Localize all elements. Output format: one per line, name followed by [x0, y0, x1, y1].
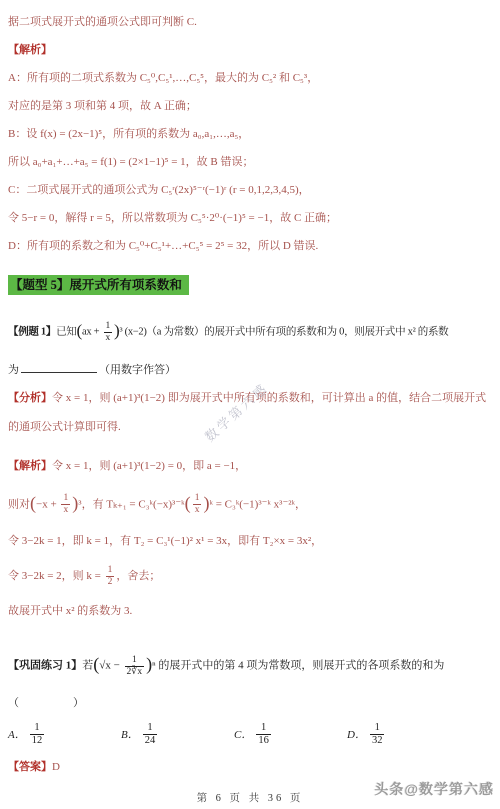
- option-c: C． 116: [234, 717, 347, 753]
- analysis-c-line-2: 令 5−r = 0，解得 r = 5，所以常数项为 C₅⁵·2⁰·(−1)⁵ =…: [8, 204, 492, 232]
- option-d-label: D．: [347, 717, 366, 753]
- option-a: A． 112: [8, 717, 121, 753]
- example-1-line-2: 为（用数字作答）: [8, 356, 492, 384]
- fenxi-line: 【分析】令 x = 1，则 (a+1)³(1−2) 即为展开式中所有项的系数和，…: [8, 384, 492, 442]
- corner-watermark: 头条@数学第六感: [374, 779, 494, 799]
- intro-line: 据二项式展开式的通项公式即可判断 C.: [8, 8, 492, 36]
- analysis-b-line-1: B：设 f(x) = (2x−1)⁵，所有项的系数为 a₀,a₁,…,a₅，: [8, 120, 492, 148]
- option-b-fraction: 124: [143, 722, 158, 748]
- solution-line-3: 令 3−2k = 2，则 k = 12，舍去；: [8, 555, 492, 597]
- topic-header: 【题型 5】展开式所有项系数和: [8, 272, 492, 300]
- option-b-label: B．: [121, 717, 139, 753]
- document-page: 据二项式展开式的通项公式即可判断 C. 【解析】 A：所有项的二项式系数为 C₅…: [0, 0, 500, 809]
- option-d-fraction: 132: [370, 722, 385, 748]
- jiexi-line-2: 【解析】令 x = 1，则 (a+1)³(1−2) = 0，即 a = −1，: [8, 452, 492, 480]
- option-c-fraction: 116: [256, 722, 271, 748]
- choices-blank: （ ）: [8, 689, 492, 717]
- answer-blank: [21, 362, 97, 373]
- option-a-fraction: 112: [30, 722, 45, 748]
- answer-line: 【答案】D: [8, 753, 492, 781]
- practice-1-line: 【巩固练习 1】若(√x − 12∛x)ⁿ 的展开式中的第 4 项为常数项，则展…: [8, 641, 492, 689]
- solution-line-1: 则对(−x + 1x)³，有 Tₖ₊₁ = C₃ᵏ(−x)³⁻ᵏ(1x)ᵏ = …: [8, 480, 492, 528]
- analysis-a-line-2: 对应的是第 3 项和第 4 项，故 A 正确；: [8, 92, 492, 120]
- solution-line-2: 令 3−2k = 1，即 k = 1，有 T₂ = C₃¹(−1)² x¹ = …: [8, 527, 492, 555]
- topic-header-highlight: 【题型 5】展开式所有项系数和: [8, 275, 189, 295]
- option-d: D． 132: [347, 717, 460, 753]
- jiexi-label-1: 【解析】: [8, 36, 492, 64]
- option-b: B． 124: [121, 717, 234, 753]
- option-a-label: A．: [8, 717, 26, 753]
- solution-line-4: 故展开式中 x² 的系数为 3.: [8, 597, 492, 625]
- example-1-line-1: 【例题 1】已知(ax + 1x)³ (x−2)（a 为常数）的展开式中所有项的…: [8, 308, 492, 356]
- analysis-a-line-1: A：所有项的二项式系数为 C₅⁰,C₅¹,…,C₅⁵，最大的为 C₅² 和 C₅…: [8, 64, 492, 92]
- option-c-label: C．: [234, 717, 252, 753]
- options-row: A． 112 B． 124 C． 116 D． 132: [8, 717, 492, 753]
- analysis-b-line-2: 所以 a₀+a₁+…+a₅ = f(1) = (2×1−1)⁵ = 1，故 B …: [8, 148, 492, 176]
- analysis-d-line: D：所有项的系数之和为 C₅⁰+C₅¹+…+C₅⁵ = 2⁵ = 32，所以 D…: [8, 232, 492, 260]
- analysis-c-line-1: C：二项式展开式的通项公式为 C₅ʳ(2x)⁵⁻ʳ(−1)ʳ (r = 0,1,…: [8, 176, 492, 204]
